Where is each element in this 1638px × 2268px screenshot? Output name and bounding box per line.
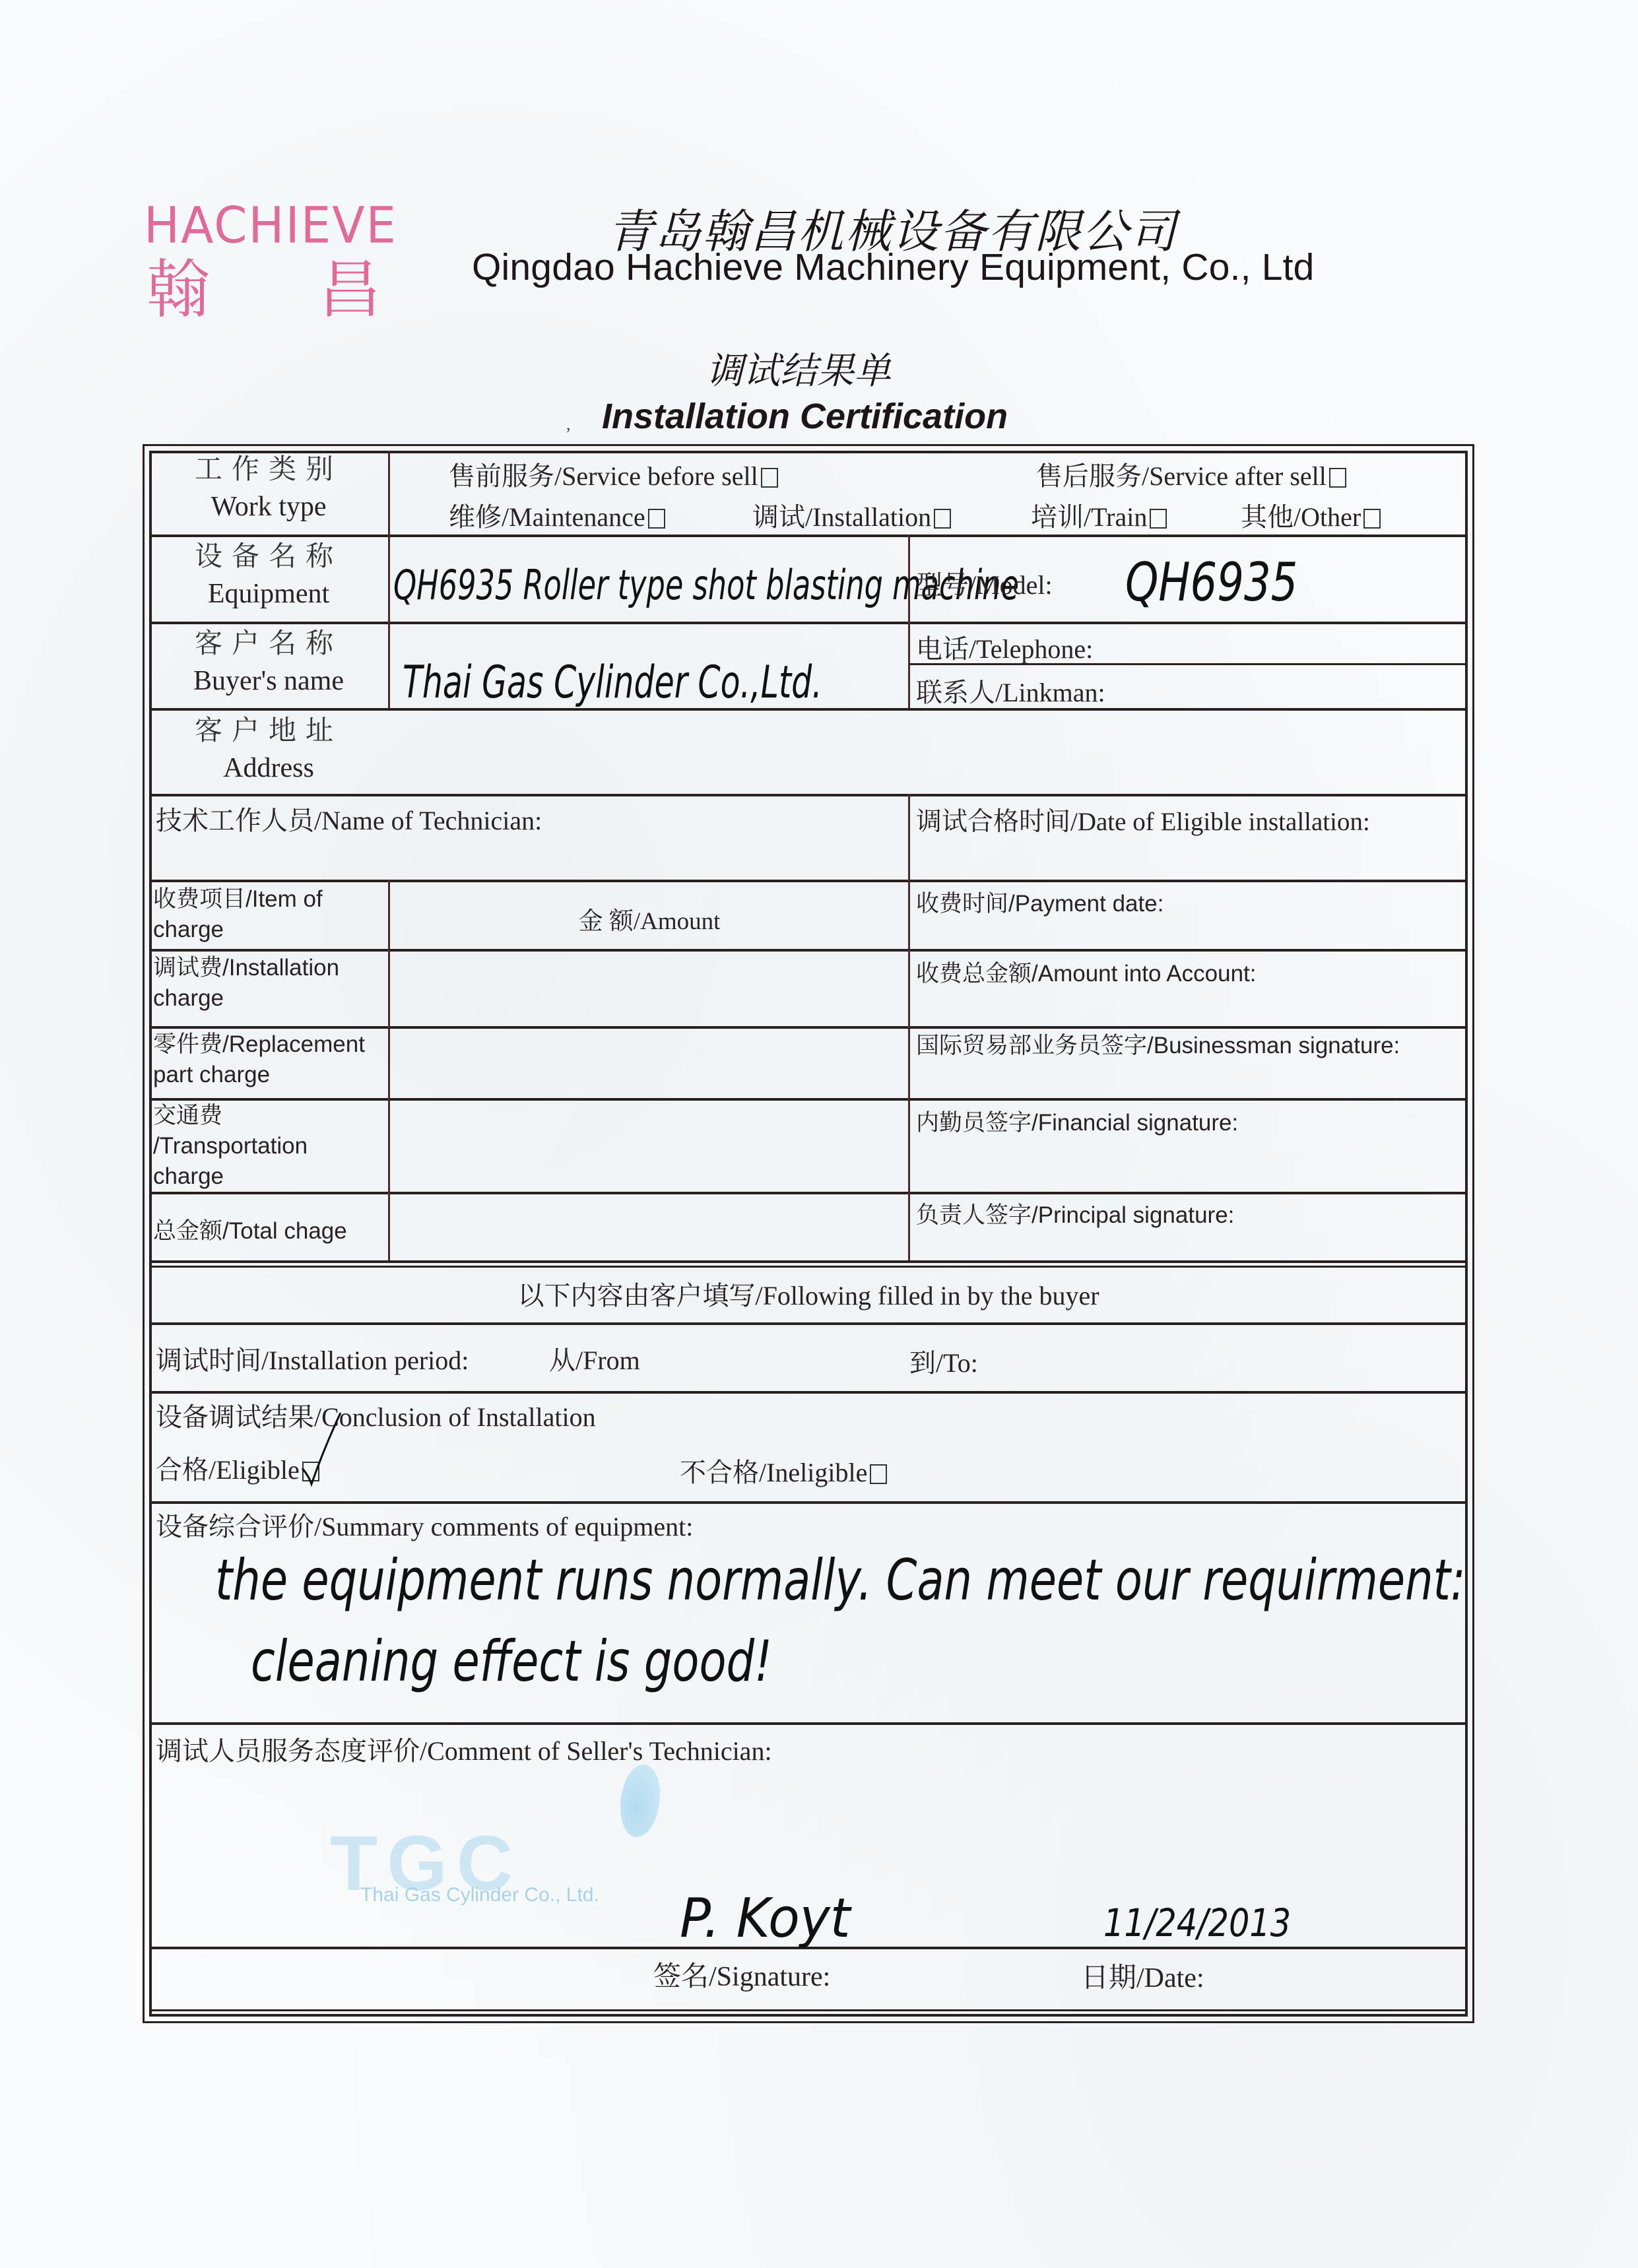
document-title-en: Installation Certification — [602, 396, 1008, 437]
summary-comment-line-1[interactable]: the equipment runs normally. Can meet ou… — [215, 1547, 1466, 1613]
date-label: 日期/Date: — [1081, 1956, 1204, 1995]
checkbox-icon[interactable] — [648, 509, 665, 529]
row-divider — [149, 1501, 1468, 1504]
company-stamp: TGC Thai Gas Cylinder Co., Ltd. — [330, 1762, 673, 1914]
logo-char-1: 翰 — [147, 258, 210, 321]
checkbox-icon[interactable] — [1363, 509, 1381, 529]
transportation-charge-label: 交通费 /Transportation charge — [153, 1101, 351, 1192]
checkbox-icon[interactable] — [1150, 509, 1167, 529]
buyer-label: 客户名称 Buyer's name — [152, 626, 385, 699]
buyer-section-heading: 以下内容由客户填写/Following filled in by the buy… — [149, 1275, 1468, 1312]
telephone-label: 电话/Telephone: — [916, 628, 1093, 666]
model-value[interactable]: QH6935 — [1125, 552, 1297, 613]
total-charge-label: 总金额/Total chage — [153, 1213, 347, 1246]
option-maintenance[interactable]: 维修/Maintenance — [449, 496, 665, 534]
equipment-label: 设备名称 Equipment — [152, 538, 385, 612]
principal-signature-label: 负责人签字/Principal signature: — [916, 1197, 1234, 1230]
stamp-text: Thai Gas Cylinder Co., Ltd. — [360, 1884, 599, 1906]
address-label: 客户地址 Address — [152, 713, 385, 787]
to-label: 到/To: — [909, 1342, 978, 1380]
option-service-before-sell[interactable]: 售前服务/Service before sell — [449, 455, 778, 493]
amount-header: 金 额/Amount — [391, 901, 908, 936]
checkbox-icon[interactable] — [1329, 468, 1346, 488]
technician-name-label: 技术工作人员/Name of Technician: — [156, 800, 542, 837]
logo-text-cn: 翰 昌 — [144, 258, 395, 321]
amount-into-account-label: 收费总金额/Amount into Account: — [916, 956, 1256, 988]
installation-charge-label: 调试费/Installation charge — [153, 953, 385, 1014]
row-divider — [149, 1322, 1468, 1325]
eligible-option[interactable]: 合格/Eligible — [156, 1449, 319, 1487]
eligible-date-label: 调试合格时间/Date of Eligible installation: — [916, 801, 1370, 838]
row-divider — [149, 880, 1468, 882]
conclusion-label: 设备调试结果/Conclusion of Installation — [156, 1396, 596, 1434]
row-divider — [149, 949, 1468, 952]
row-divider — [149, 1266, 1468, 1268]
hachieve-logo: HACHIEVE 翰 昌 — [144, 201, 395, 321]
stray-mark: , — [566, 414, 571, 434]
replacement-part-charge-label: 零件费/Replacement part charge — [153, 1029, 385, 1090]
ineligible-option[interactable]: 不合格/Ineligible — [680, 1452, 887, 1489]
flame-icon — [620, 1765, 660, 1837]
row-divider — [149, 1722, 1468, 1725]
document-title-cn: 调试结果单 — [706, 342, 891, 395]
row-divider — [149, 2009, 1468, 2011]
option-other[interactable]: 其他/Other — [1241, 496, 1381, 534]
row-divider — [149, 535, 1468, 537]
row-divider — [149, 794, 1468, 796]
model-label: 型号/Model: — [916, 564, 1053, 602]
work-type-label: 工作类别 Work type — [152, 451, 385, 525]
checkbox-icon[interactable] — [934, 509, 951, 529]
option-service-after-sell[interactable]: 售后服务/Service after sell — [1036, 455, 1346, 493]
logo-text-en: HACHIEVE — [144, 200, 395, 250]
row-divider — [149, 1026, 1468, 1029]
item-of-charge-header: 收费项目/Item of charge — [153, 884, 385, 945]
col-divider — [908, 794, 910, 1260]
option-train[interactable]: 培训/Train — [1031, 496, 1167, 534]
col-divider — [388, 880, 390, 1260]
payment-date-label: 收费时间/Payment date: — [916, 886, 1163, 919]
checkbox-icon[interactable] — [761, 468, 778, 488]
linkman-label: 联系人/Linkman: — [916, 672, 1105, 709]
summary-comment-line-2[interactable]: cleaning effect is good! — [251, 1629, 772, 1695]
financial-signature-label: 内勤员签字/Financial signature: — [916, 1105, 1238, 1138]
row-divider — [149, 1192, 1468, 1194]
checkbox-icon[interactable] — [870, 1464, 887, 1484]
buyer-value[interactable]: Thai Gas Cylinder Co.,Ltd. — [403, 657, 822, 709]
row-divider — [149, 622, 1468, 624]
address-field[interactable] — [393, 713, 1462, 791]
logo-char-2: 昌 — [318, 258, 381, 321]
from-label: 从/From — [549, 1340, 640, 1377]
col-divider — [388, 451, 390, 708]
checkbox-checked-icon[interactable] — [302, 1462, 319, 1481]
date-value[interactable]: 11/24/2013 — [1103, 1900, 1291, 1945]
company-name-en: Qingdao Hachieve Machinery Equipment, Co… — [472, 245, 1315, 289]
row-divider — [149, 1260, 1468, 1263]
installation-period-label: 调试时间/Installation period: — [156, 1340, 469, 1377]
summary-comments-label: 设备综合评价/Summary comments of equipment: — [156, 1506, 693, 1543]
signature-value[interactable]: P. Koyt — [680, 1887, 850, 1950]
option-installation[interactable]: 调试/Installation — [752, 496, 951, 534]
businessman-signature-label: 国际贸易部业务员签字/Businessman signature: — [916, 1031, 1457, 1061]
checkmark-icon — [300, 1410, 346, 1489]
signature-label: 签名/Signature: — [653, 1955, 830, 1994]
row-divider — [149, 1391, 1468, 1394]
